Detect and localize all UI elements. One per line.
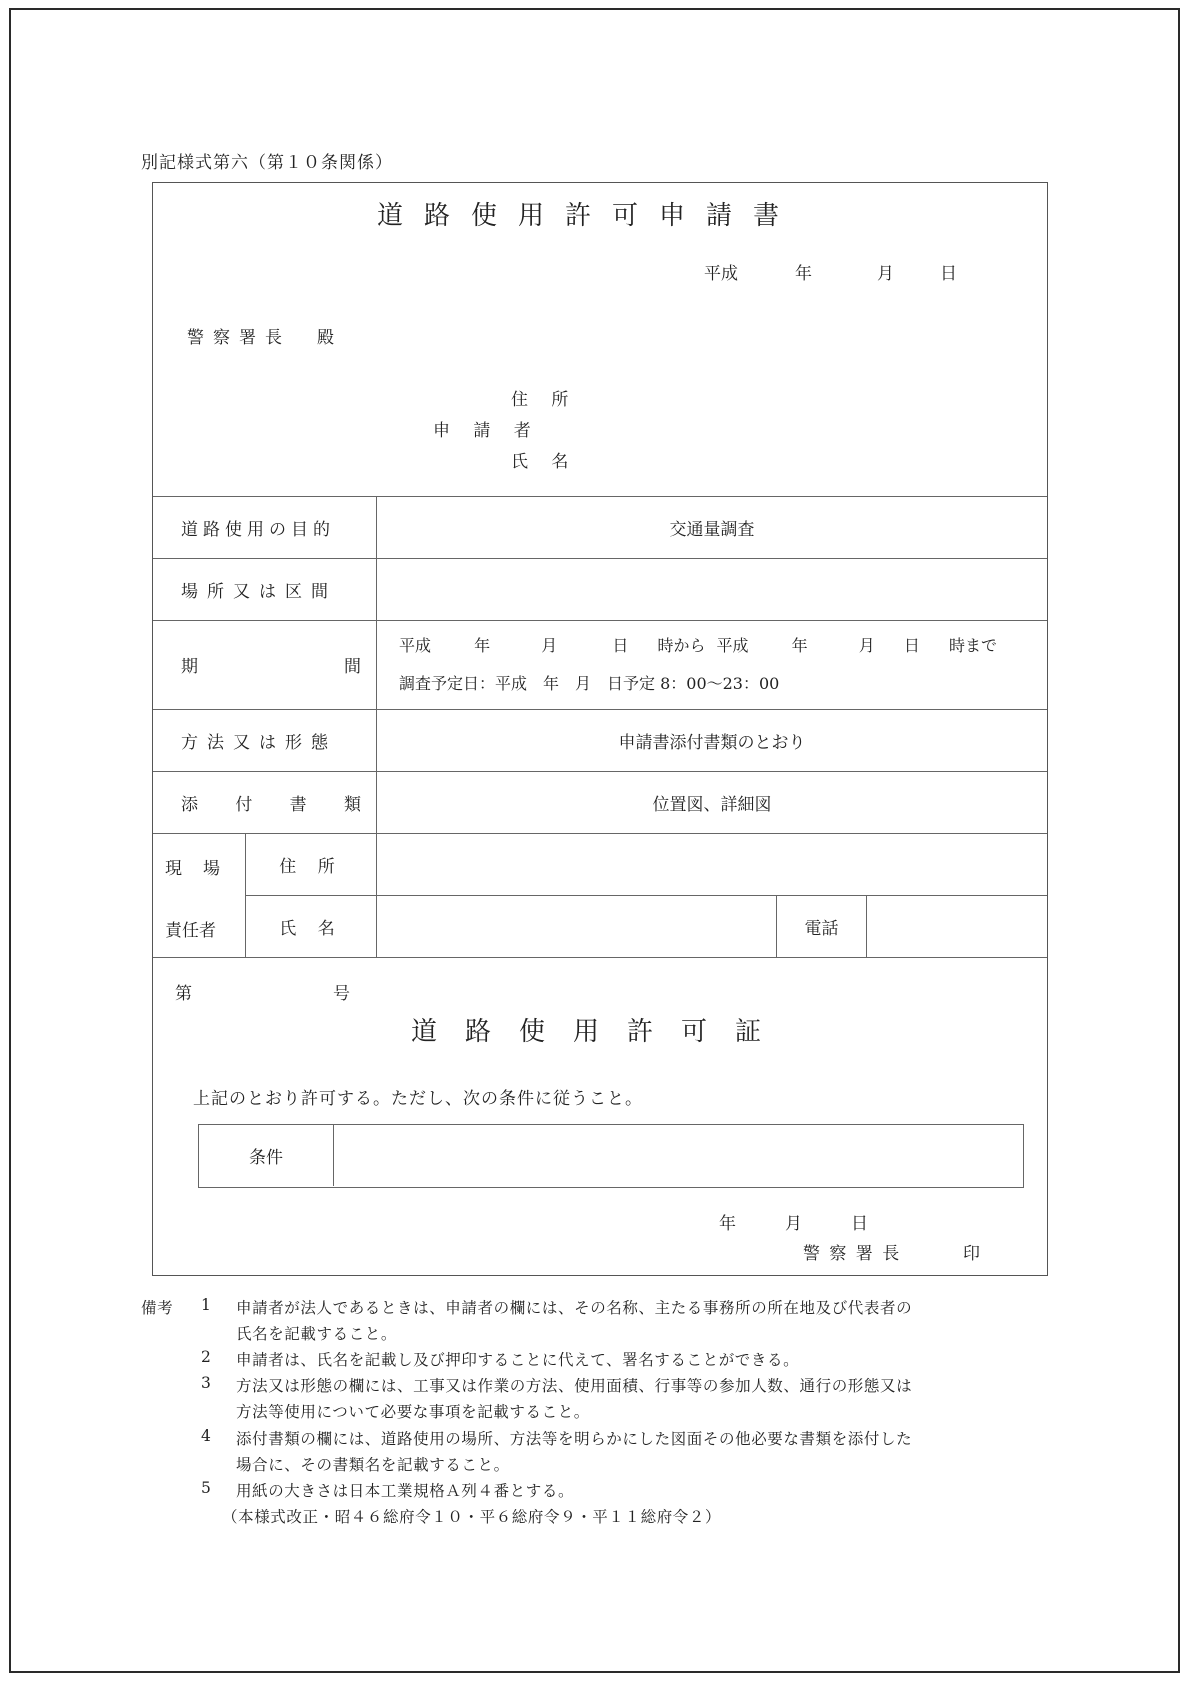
period-from-month: 月 [541,636,557,655]
period-label-left: 期 [181,652,198,677]
location-label: 場所又は区間 [181,558,371,620]
note-number: 3 [201,1374,211,1392]
note-line: 添付書類の欄には、道路使用の場所、方法等を明らかにした図面その他必要な書類を添付… [236,1427,912,1449]
period-to-era: 平成 [717,636,749,655]
method-label: 方法又は形態 [181,709,371,771]
period-line-2[interactable]: 調査予定日：平成 年 月 日予定 8：00〜23：00 [399,671,779,694]
manager-name-label: 氏 名 [246,895,376,957]
note-line: 申請者が法人であるときは、申請者の欄には、その名称、主たる事務所の所在地及び代表… [236,1296,912,1318]
note-line: 用紙の大きさは日本工業規格Ａ列４番とする。 [236,1479,574,1501]
permit-statement: 上記のとおり許可する。ただし、次の条件に従うこと。 [193,1084,643,1109]
period-label: 期 間 [181,620,361,709]
application-date-month: 月 [877,259,894,284]
form-reference: 別記様式第六（第１０条関係） [141,148,393,173]
period-line-1[interactable]: 平成 年 月 日 時から 平成 年 月 日 時まで [399,633,997,656]
attachments-label-char: 類 [344,790,361,815]
period-from-hour: 時から [657,636,705,655]
notes-heading: 備考 [141,1296,173,1318]
applicant-name-label: 氏 名 [511,447,577,472]
note-line: 申請者は、氏名を記載し及び押印することに代えて、署名することができる。 [236,1348,799,1370]
application-title: 道路使用許可申請書 [377,195,800,232]
manager-name-value[interactable] [377,895,776,957]
permit-issuer: 警 察 署 長 [803,1239,901,1264]
note-line: 氏名を記載すること。 [236,1322,397,1344]
attachments-label: 添 付 書 類 [181,771,361,833]
note-number: 5 [201,1479,211,1497]
period-to-month: 月 [859,636,875,655]
permit-date-day: 日 [851,1209,868,1234]
purpose-label: 道路使用の目的 [181,496,361,558]
method-value[interactable]: 申請書添付書類のとおり [377,709,1047,771]
phone-label: 電話 [777,895,866,957]
divider [153,957,1047,958]
permit-number-suffix: 号 [333,979,350,1004]
period-to-day: 日 [904,636,920,655]
conditions-value[interactable] [334,1125,1022,1186]
period-from-era: 平成 [399,636,431,655]
note-line: 方法又は形態の欄には、工事又は作業の方法、使用面積、行事等の参加人数、通行の形態… [236,1374,912,1396]
addressee: 警察署長 殿 [187,323,343,348]
period-to-hour: 時まで [949,636,997,655]
period-to-year: 年 [792,636,808,655]
site-address-label: 住 所 [246,833,376,895]
conditions-label: 条件 [199,1125,333,1186]
period-from-day: 日 [612,636,628,655]
site-label: 現 場 [165,854,222,879]
permit-number-prefix: 第 [175,979,192,1004]
applicant-label: 申 請 者 [433,416,540,441]
application-date-year: 年 [795,259,812,284]
phone-value[interactable] [867,895,1047,957]
location-value[interactable] [377,558,1047,620]
permit-title: 道路使用許可証 [411,1011,789,1048]
permit-seal: 印 [963,1239,980,1264]
application-form: 道路使用許可申請書 平成 年 月 日 警察署長 殿 住 所 申 請 者 氏 名 … [152,182,1048,1276]
applicant-address-label: 住 所 [511,385,577,410]
note-number: 4 [201,1427,211,1445]
permit-date-year: 年 [719,1209,736,1234]
site-address-value[interactable] [377,833,1047,895]
note-number: 1 [201,1296,211,1314]
permit-date-month: 月 [785,1209,802,1234]
note-line: 場合に、その書類名を記載すること。 [236,1453,510,1475]
purpose-value[interactable]: 交通量調査 [377,496,1047,558]
attachments-label-char: 添 [181,790,198,815]
note-number: 2 [201,1348,211,1366]
period-from-year: 年 [474,636,490,655]
attachments-label-char: 付 [235,790,252,815]
manager-label: 責任者 [165,916,216,941]
period-label-right: 間 [344,652,361,677]
amendment-note: （本様式改正・昭４６総府令１０・平６総府令９・平１１総府令２） [222,1505,721,1527]
attachments-value[interactable]: 位置図、詳細図 [377,771,1047,833]
attachments-label-char: 書 [290,790,307,815]
conditions-box: 条件 [198,1124,1024,1188]
application-date-day: 日 [940,259,957,284]
note-line: 方法等使用について必要な事項を記載すること。 [236,1400,590,1422]
application-date-era: 平成 [704,259,738,284]
